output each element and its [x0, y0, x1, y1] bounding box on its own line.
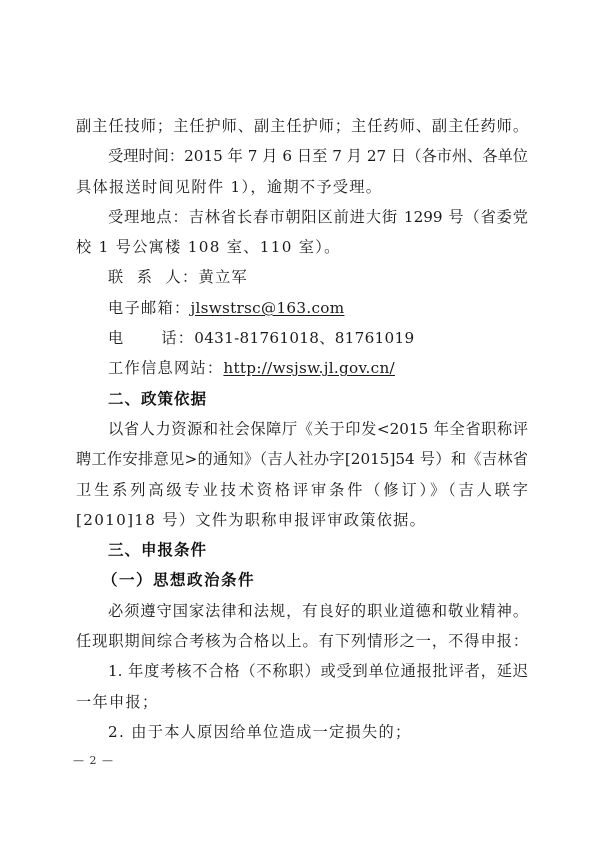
contact-person-value: 黄立军 — [198, 268, 247, 286]
email-link[interactable]: jlswstrsc@163.com — [190, 299, 344, 317]
section-heading-policy-basis: 二、政策依据 — [76, 384, 528, 414]
phone-value: 0431-81761018、81761019 — [194, 329, 414, 347]
text-line: 以省人力资源和社会保障厅《关于印发<2015 年全省职称评 — [76, 414, 528, 444]
contact-person-label: 联 系 人： — [108, 268, 198, 286]
text-line-acceptance-location: 受理地点：吉林省长春市朝阳区前进大街 1299 号（省委党 — [76, 202, 528, 232]
text-line: 必须遵守国家法律和法规，有良好的职业道德和敬业精神。 — [76, 596, 528, 626]
page-number: — 2 — — [73, 754, 114, 767]
text-line: 任现职期间综合考核为合格以上。有下列情形之一，不得申报： — [76, 626, 528, 656]
contact-website: 工作信息网站：http://wsjsw.jl.gov.cn/ — [76, 353, 528, 383]
phone-label: 电 话： — [108, 329, 194, 347]
contact-person: 联 系 人：黄立军 — [76, 262, 528, 292]
contact-phone: 电 话：0431-81761018、81761019 — [76, 323, 528, 353]
section-heading-application-conditions: 三、申报条件 — [76, 535, 528, 565]
text-line: 校 1 号公寓楼 108 室、110 室）。 — [76, 232, 528, 262]
list-item-1-continued: 一年申报； — [76, 687, 528, 717]
document-body: 副主任技师；主任护师、副主任护师；主任药师、副主任药师。 受理时间：2015 年… — [76, 111, 528, 747]
contact-email: 电子邮箱：jlswstrsc@163.com — [76, 293, 528, 323]
text-line: 具体报送时间见附件 1），逾期不予受理。 — [76, 172, 528, 202]
subsection-heading-political-conditions: （一）思想政治条件 — [76, 565, 528, 595]
text-line: 卫生系列高级专业技术资格评审条件（修订）》（吉人联字 — [76, 475, 528, 505]
website-label: 工作信息网站： — [108, 359, 223, 377]
text-line: [2010]18 号）文件为职称申报评审政策依据。 — [76, 505, 528, 535]
document-page: 副主任技师；主任护师、副主任护师；主任药师、副主任药师。 受理时间：2015 年… — [0, 0, 600, 849]
list-item-2: 2. 由于本人原因给单位造成一定损失的； — [76, 717, 528, 747]
text-line: 聘工作安排意见>的通知》（吉人社办字[2015]54 号）和《吉林省 — [76, 444, 528, 474]
text-line: 副主任技师；主任护师、副主任护师；主任药师、副主任药师。 — [76, 111, 528, 141]
list-item-1: 1. 年度考核不合格（不称职）或受到单位通报批评者，延迟 — [76, 656, 528, 686]
website-link[interactable]: http://wsjsw.jl.gov.cn/ — [223, 359, 395, 377]
email-label: 电子邮箱： — [108, 299, 190, 317]
text-line-acceptance-time: 受理时间：2015 年 7 月 6 日至 7 月 27 日（各市州、各单位 — [76, 141, 528, 171]
